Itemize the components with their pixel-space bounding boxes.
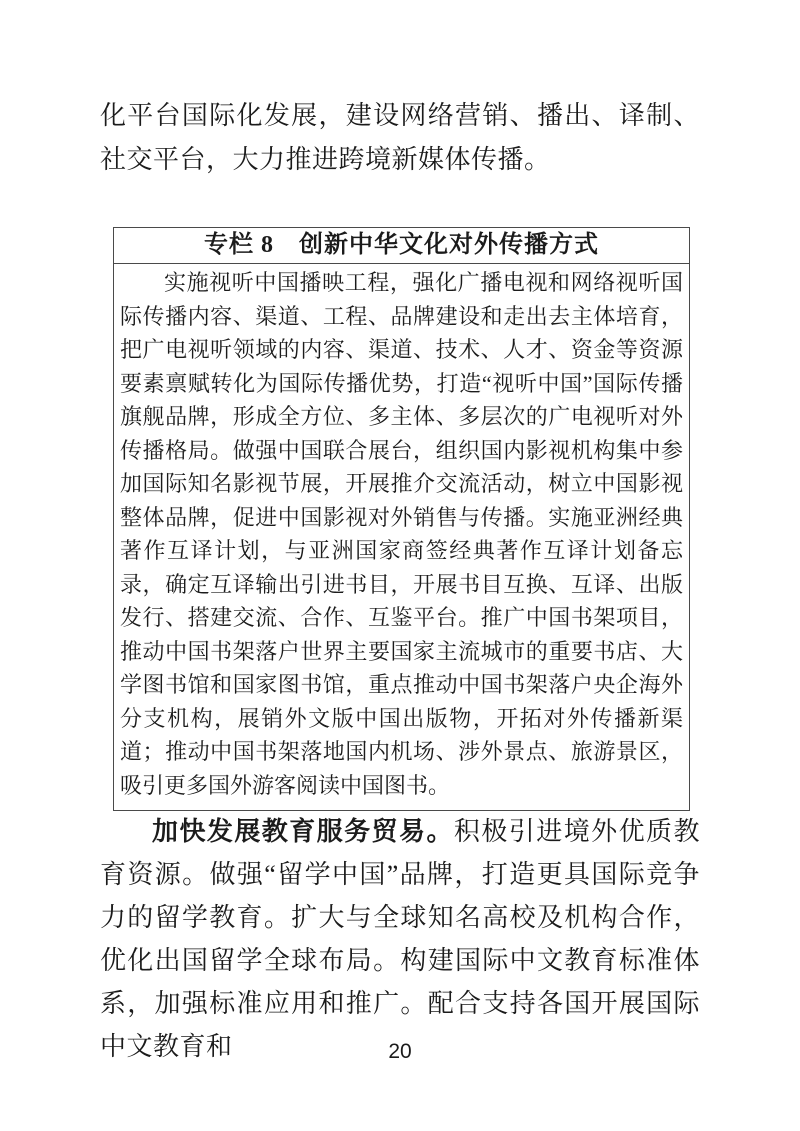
education-paragraph-body: 积极引进境外优质教育资源。做强“留学中国”品牌，打造更具国际竞争力的留学教育。扩… [100, 817, 700, 1061]
education-paragraph: 加快发展教育服务贸易。积极引进境外优质教育资源。做强“留学中国”品牌，打造更具国… [100, 810, 700, 1068]
page-number: 20 [0, 1040, 800, 1064]
column-box-body: 实施视听中国播映工程，强化广播电视和网络视听国际传播内容、渠道、工程、品牌建设和… [114, 264, 689, 810]
education-paragraph-lead: 加快发展教育服务贸易。 [152, 817, 454, 846]
column-box-title: 专栏 8 创新中华文化对外传播方式 [114, 228, 689, 264]
column-box: 专栏 8 创新中华文化对外传播方式 实施视听中国播映工程，强化广播电视和网络视听… [113, 227, 690, 811]
document-page: 化平台国际化发展，建设网络营销、播出、译制、社交平台，大力推进跨境新媒体传播。 … [0, 0, 800, 1131]
intro-paragraph: 化平台国际化发展，建设网络营销、播出、译制、社交平台，大力推进跨境新媒体传播。 [100, 94, 700, 182]
